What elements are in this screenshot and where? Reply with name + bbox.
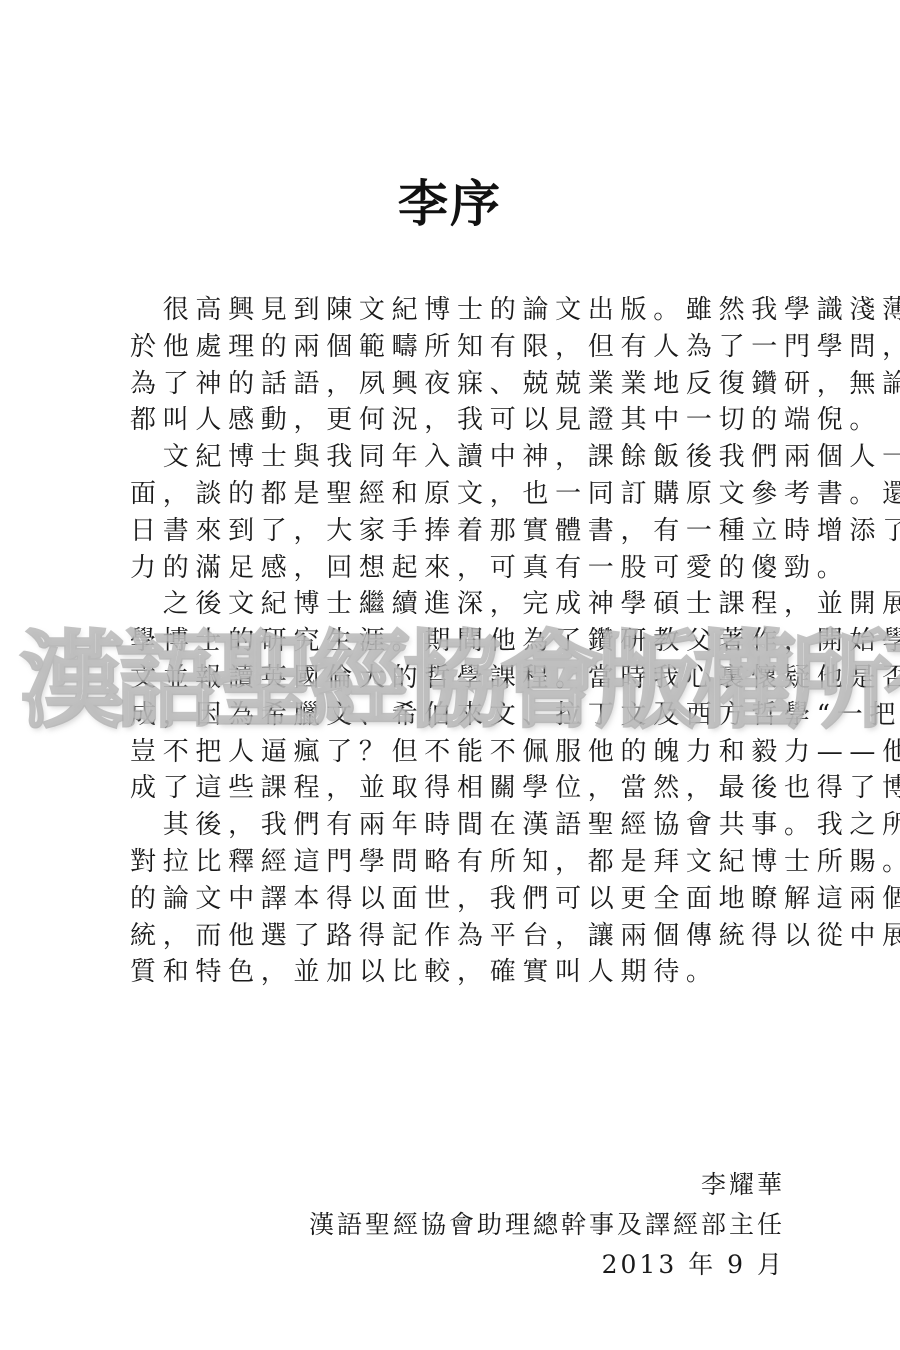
- text-line: 日書來到了，大家手捧着那實體書，有一種立時增添了十年功: [130, 513, 790, 550]
- paragraph-1: 很高興見到陳文紀博士的論文出版。雖然我學識淺薄，對 於他處理的兩個範疇所知有限，…: [130, 292, 790, 439]
- text-line: 的論文中譯本得以面世，我們可以更全面地瞭解這兩個釋經傳: [130, 881, 790, 918]
- signature-position: 漢語聖經協會助理總幹事及譯經部主任: [309, 1205, 785, 1245]
- text-line: 成了這些課程，並取得相關學位，當然，最後也得了博士學位。: [130, 770, 790, 807]
- text-line: 為了神的話語，夙興夜寐、兢兢業業地反復鑽研，無論怎麼説: [130, 366, 790, 403]
- paragraph-2: 文紀博士與我同年入讀中神，課餘飯後我們兩個人一碰 面，談的都是聖經和原文，也一同…: [130, 439, 790, 586]
- text-line: 質和特色，並加以比較，確實叫人期待。: [130, 954, 790, 991]
- text-line: 於他處理的兩個範疇所知有限，但有人為了一門學問，特別是: [130, 329, 790, 366]
- watermark-char: 漢: [20, 621, 116, 741]
- paragraph-3: 之後文紀博士繼續進深，完成神學碩士課程，並開展了哲 學博士的研究生涯。期間他為了…: [130, 586, 790, 807]
- text-line: 文紀博士與我同年入讀中神，課餘飯後我們兩個人一碰: [130, 439, 790, 476]
- text-line: 文並報讀英國倫大的哲學課程。當時我心裏懷疑他是否能夠完: [130, 660, 790, 697]
- text-line: 很高興見到陳文紀博士的論文出版。雖然我學識淺薄，對: [130, 292, 790, 329]
- preface-body: 很高興見到陳文紀博士的論文出版。雖然我學識淺薄，對 於他處理的兩個範疇所知有限，…: [130, 292, 790, 991]
- signature-name: 李耀華: [309, 1165, 785, 1205]
- signature-date: 2013 年 9 月: [309, 1245, 785, 1285]
- text-line: 面，談的都是聖經和原文，也一同訂購原文參考書。還記得當: [130, 476, 790, 513]
- page-title: 李序: [0, 174, 900, 234]
- text-line: 統，而他選了路得記作為平台，讓兩個傳統得以從中展現其本: [130, 918, 790, 955]
- text-line: 其後，我們有兩年時間在漢語聖經協會共事。我之所以: [130, 807, 790, 844]
- text-line: 對拉比釋經這門學問略有所知，都是拜文紀博士所賜。如今他: [130, 844, 790, 881]
- signature-block: 李耀華 漢語聖經協會助理總幹事及譯經部主任 2013 年 9 月: [309, 1165, 785, 1285]
- text-line: 力的滿足感，回想起來，可真有一股可愛的傻勁。: [130, 550, 790, 587]
- text-line: 之後文紀博士繼續進深，完成神學碩士課程，並開展了哲: [130, 586, 790, 623]
- document-page: 李序 很高興見到陳文紀博士的論文出版。雖然我學識淺薄，對 於他處理的兩個範疇所知…: [0, 0, 900, 1350]
- text-line: 豈不把人逼瘋了？但不能不佩服他的魄力和毅力——他相繼完: [130, 734, 790, 771]
- text-line: 學博士的研究生涯。期間他為了鑽研教父著作，開始學習拉丁: [130, 623, 790, 660]
- paragraph-4: 其後，我們有兩年時間在漢語聖經協會共事。我之所以 對拉比釋經這門學問略有所知，都…: [130, 807, 790, 991]
- text-line: 成，因為希臘文、希伯來文、拉丁文及西方哲學“一把抓”，: [130, 697, 790, 734]
- text-line: 都叫人感動，更何況，我可以見證其中一切的端倪。: [130, 402, 790, 439]
